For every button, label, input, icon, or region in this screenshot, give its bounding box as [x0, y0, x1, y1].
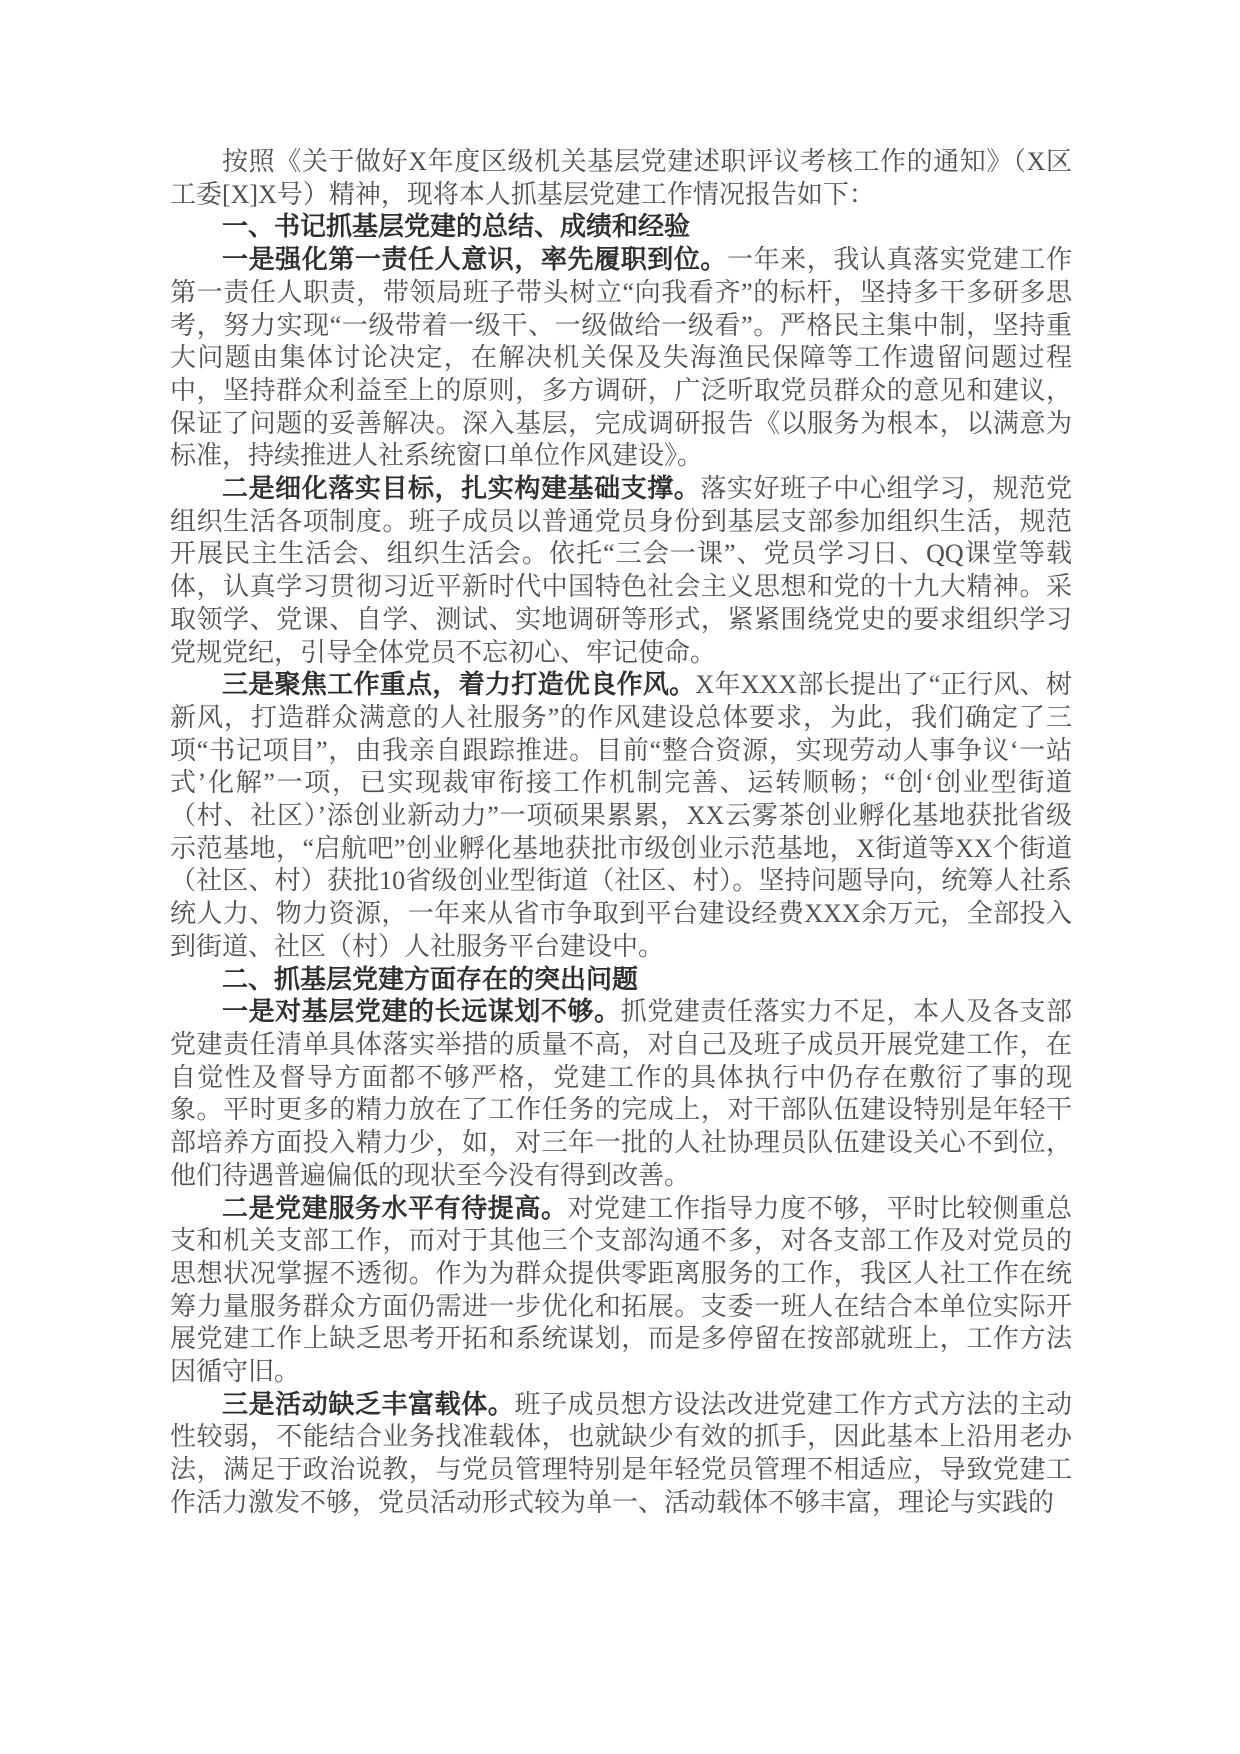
- paragraph: 一是对基层党建的长远谋划不够。抓党建责任落实力不足，本人及各支部党建责任清单具体…: [170, 996, 1072, 1192]
- section-heading-1: 一、书记抓基层党建的总结、成绩和经验: [170, 211, 1072, 244]
- paragraph-lead: 一是强化第一责任人意识，率先履职到位。: [222, 245, 727, 274]
- paragraph-lead: 三是聚焦工作重点，着力打造优良作风。: [222, 670, 695, 699]
- paragraph-lead: 三是活动缺乏丰富载体。: [222, 1390, 514, 1419]
- intro-paragraph: 按照《关于做好X年度区级机关基层党建述职评议考核工作的通知》（X区工委[X]X号…: [170, 146, 1072, 211]
- paragraph-lead: 一是对基层党建的长远谋划不够。: [222, 997, 621, 1026]
- section-heading-1-text: 一、书记抓基层党建的总结、成绩和经验: [222, 212, 690, 241]
- paragraph-body: 一年来，我认真落实党建工作第一责任人职责，带领局班子带头树立“向我看齐”的标杆，…: [170, 245, 1072, 470]
- paragraph: 三是活动缺乏丰富载体。班子成员想方设法改进党建工作方式方法的主动性较弱，不能结合…: [170, 1389, 1072, 1520]
- paragraph: 一是强化第一责任人意识，率先履职到位。一年来，我认真落实党建工作第一责任人职责，…: [170, 244, 1072, 473]
- paragraph: 二是细化落实目标，扎实构建基础支撑。落实好班子中心组学习，规范党组织生活各项制度…: [170, 473, 1072, 669]
- paragraph: 二是党建服务水平有待提高。对党建工作指导力度不够，平时比较侧重总支和机关支部工作…: [170, 1193, 1072, 1389]
- paragraph-body: X年XXX部长提出了“正行风、树新风，打造群众满意的人社服务”的作风建设总体要求…: [170, 670, 1072, 961]
- document-body: 按照《关于做好X年度区级机关基层党建述职评议考核工作的通知》（X区工委[X]X号…: [170, 146, 1072, 1520]
- section-heading-2: 二、抓基层党建方面存在的突出问题: [170, 964, 1072, 997]
- section-heading-2-text: 二、抓基层党建方面存在的突出问题: [222, 965, 638, 994]
- document-page: 按照《关于做好X年度区级机关基层党建述职评议考核工作的通知》（X区工委[X]X号…: [0, 0, 1240, 1754]
- paragraph-lead: 二是党建服务水平有待提高。: [222, 1194, 568, 1223]
- paragraph: 三是聚焦工作重点，着力打造优良作风。X年XXX部长提出了“正行风、树新风，打造群…: [170, 669, 1072, 963]
- paragraph-lead: 二是细化落实目标，扎实构建基础支撑。: [222, 474, 700, 503]
- intro-text: 按照《关于做好X年度区级机关基层党建述职评议考核工作的通知》（X区工委[X]X号…: [170, 147, 1072, 209]
